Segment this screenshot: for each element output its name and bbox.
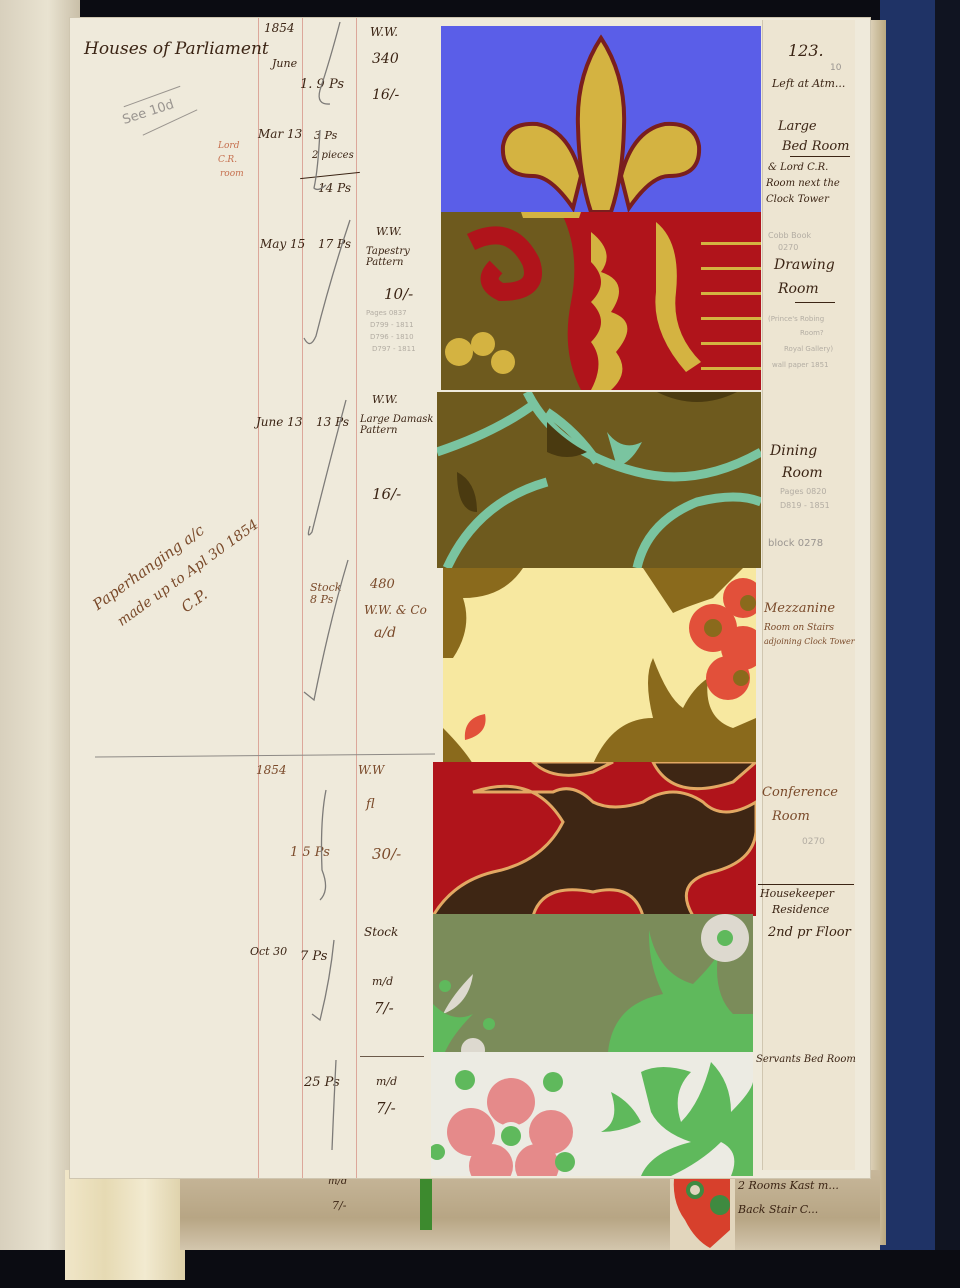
underlying-price: 7/- <box>332 1200 346 1212</box>
entry-pattern: Large Damask Pattern <box>360 414 436 436</box>
underlying-room-note: 2 Rooms Kast m... <box>738 1180 839 1192</box>
page-number: 123. <box>788 42 824 60</box>
room-label: Room <box>782 466 823 481</box>
pencil-reference: D796 - 1810 <box>370 334 414 342</box>
pencil-reference: D799 - 1811 <box>370 322 414 330</box>
page-title: Houses of Parliament <box>84 40 269 59</box>
entry-pattern: m/d <box>372 976 393 988</box>
underlying-swatch-green <box>420 1170 432 1230</box>
entry-price: 7/- <box>376 1100 396 1117</box>
room-label: Room <box>772 810 810 824</box>
room-label: 2nd pr Floor <box>768 926 851 940</box>
underlying-page: 2 Rooms Kast m... Back Stair C... m/d 7/… <box>180 1170 880 1250</box>
pencil-reference: block 0278 <box>768 538 823 549</box>
wallpaper-swatch-crimson-brown <box>433 762 756 916</box>
room-label: Housekeeper <box>760 888 834 900</box>
book-cover-blue <box>880 0 935 1250</box>
column-rule <box>258 18 259 1178</box>
room-label: Dining <box>770 444 817 459</box>
room-label: Left at Atm... <box>772 78 845 90</box>
entry-maker: W.W. <box>370 26 398 39</box>
room-label: Drawing <box>774 258 835 273</box>
entry-pattern: m/d <box>376 1076 397 1088</box>
entry-year: 1854 <box>256 764 287 777</box>
page-subnumber: 10 <box>830 64 841 74</box>
entry-divider <box>758 884 854 885</box>
wallpaper-swatch-pink-flower <box>431 1052 753 1176</box>
underlying-swatch-red <box>670 1170 735 1250</box>
pencil-reference: D819 - 1851 <box>780 502 830 511</box>
room-label: & Lord C.R. <box>768 162 828 173</box>
room-label: Residence <box>772 904 829 916</box>
wallpaper-swatch-sage-green <box>433 914 753 1052</box>
wallpaper-swatch-red-gold-damask <box>441 212 761 390</box>
entry-price: a/d <box>374 626 396 641</box>
room-label: Clock Tower <box>766 194 829 205</box>
room-label: Bed Room <box>782 140 849 154</box>
room-label: Mezzanine <box>764 602 835 616</box>
entry-date: Oct 30 <box>250 946 287 958</box>
room-label: Conference <box>762 786 838 800</box>
room-label: Large <box>778 120 817 134</box>
wallpaper-swatch-fleur-de-lis <box>441 26 761 212</box>
room-label: Room on Stairs <box>764 624 834 634</box>
side-note-red: Lord <box>218 142 239 152</box>
side-note-red: C.R. <box>218 156 237 166</box>
pencil-reference: D797 - 1811 <box>372 346 416 354</box>
entry-price: 16/- <box>372 88 399 103</box>
background <box>935 0 960 1250</box>
entry-pattern: W.W. & Co <box>364 604 427 617</box>
pencil-reference: wall paper 1851 <box>772 362 829 370</box>
wallpaper-swatch-yellow-coral <box>443 568 756 764</box>
pencil-reference: 0270 <box>802 838 825 848</box>
pencil-check-marks <box>290 20 370 1160</box>
entry-maker: 480 <box>370 578 395 592</box>
pencil-reference: Cobb Book <box>768 232 811 241</box>
entry-pattern: Tapestry Pattern <box>366 246 436 268</box>
entry-price: 16/- <box>372 486 401 503</box>
entry-price: 7/- <box>374 1000 394 1017</box>
pencil-reference: (Prince's Robing <box>768 316 824 324</box>
underlying-room-note-2: Back Stair C... <box>738 1204 818 1216</box>
pencil-reference: Pages 0837 <box>366 310 407 318</box>
entry-pattern: 340 <box>372 52 399 67</box>
pencil-reference: Room? <box>800 330 824 338</box>
entry-maker: W.W. <box>372 394 398 406</box>
page-tabs <box>65 1170 185 1280</box>
side-note-red: room <box>220 170 244 180</box>
pencil-reference: Pages 0820 <box>780 488 826 497</box>
room-label: adjoining Clock Tower <box>764 638 855 647</box>
room-label: Room <box>778 282 819 297</box>
underline <box>790 156 850 157</box>
wallpaper-swatch-olive-teal <box>437 392 761 568</box>
left-facing-page <box>0 0 80 1250</box>
room-label: Room next the <box>766 178 840 189</box>
entry-maker: W.W. <box>376 226 402 238</box>
room-column <box>762 20 855 1170</box>
entry-price: 10/- <box>384 286 413 303</box>
pencil-reference: 0270 <box>778 244 798 253</box>
pencil-reference: Royal Gallery) <box>784 346 833 354</box>
entry-price: 30/- <box>372 846 401 863</box>
room-label: Servants Bed Room <box>756 1054 856 1065</box>
underline <box>795 302 835 303</box>
